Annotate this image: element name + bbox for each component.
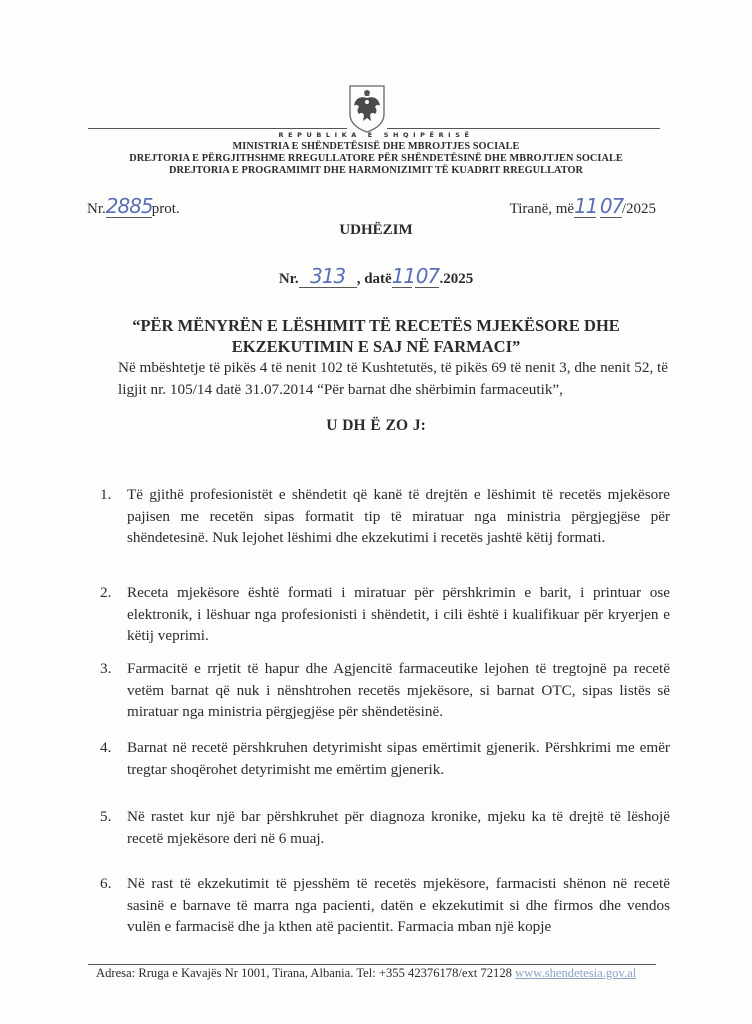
date-year: /2025 — [622, 201, 656, 217]
list-item-number: 2. — [100, 582, 122, 604]
list-item-number: 6. — [100, 873, 122, 895]
list-item-text: Në rast të ekzekutimit të pjesshëm të re… — [127, 873, 670, 938]
document-title-line2: EKZEKUTIMIN E SAJ NË FARMACI” — [0, 337, 752, 357]
list-item: 4. Barnat në recetë përshkruhen detyrimi… — [100, 737, 670, 780]
directorate-general-name: DREJTORIA E PËRGJITHSHME RREGULLATORE PË… — [0, 153, 752, 164]
republic-label: REPUBLIKA E SHQIPËRISË — [0, 131, 752, 139]
legal-basis-paragraph: Në mbështetje të pikës 4 të nenit 102 të… — [118, 357, 678, 401]
instruction-number: Nr.313, datë11 07.2025 — [0, 269, 752, 288]
document-type: UDHËZIM — [0, 222, 752, 239]
instruction-number-field: 313 — [299, 269, 357, 288]
place-prefix: Tiranë, më — [510, 201, 574, 217]
list-item-number: 1. — [100, 484, 122, 506]
document-title-line1: “PËR MËNYRËN E LËSHIMIT TË RECETËS MJEKË… — [0, 316, 752, 336]
protocol-number: Nr.2885prot. — [87, 199, 180, 218]
instruction-number-prefix: Nr. — [279, 271, 299, 287]
list-item: 5. Në rastet kur një bar përshkruhet për… — [100, 806, 670, 849]
list-item-number: 5. — [100, 806, 122, 828]
list-item-text: Receta mjekësore është formati i miratua… — [127, 582, 670, 647]
footer-website-link[interactable]: www.shendetesia.gov.al — [515, 966, 636, 980]
directorate-name: DREJTORIA E PROGRAMIMIT DHE HARMONIZIMIT… — [0, 165, 752, 176]
instruction-day-field: 11 — [392, 269, 412, 288]
place-date: Tiranë, më11 07/2025 — [510, 199, 656, 218]
list-item-text: Në rastet kur një bar përshkruhet për di… — [127, 806, 670, 849]
list-item: 6. Në rast të ekzekutimit të pjesshëm të… — [100, 873, 670, 938]
footer-address: Adresa: Rruga e Kavajës Nr 1001, Tirana,… — [96, 966, 636, 981]
list-item-text: Barnat në recetë përshkruhen detyrimisht… — [127, 737, 670, 780]
protocol-suffix: prot. — [152, 201, 180, 217]
list-item-number: 4. — [100, 737, 122, 759]
footer-rule — [88, 964, 656, 965]
date-day-handwritten: 11 — [574, 194, 597, 218]
footer-address-text: Adresa: Rruga e Kavajës Nr 1001, Tirana,… — [96, 966, 515, 980]
instruction-date-label: , datë — [357, 271, 392, 287]
instruct-heading: U DH Ë ZO J: — [0, 417, 752, 435]
list-item-number: 3. — [100, 658, 122, 680]
instruction-month-field: 07 — [415, 269, 439, 288]
list-item: 3. Farmacitë e rrjetit të hapur dhe Agje… — [100, 658, 670, 723]
list-item: 1. Të gjithë profesionistët e shëndetit … — [100, 484, 670, 549]
instruction-year: .2025 — [439, 271, 473, 287]
instruction-month-handwritten: 07 — [416, 264, 439, 288]
list-item-text: Të gjithë profesionistët e shëndetit që … — [127, 484, 670, 549]
protocol-prefix: Nr. — [87, 201, 106, 217]
date-day-field: 11 — [574, 199, 596, 218]
instruction-number-handwritten: 313 — [310, 264, 345, 288]
instruction-day-handwritten: 11 — [392, 264, 415, 288]
date-month-handwritten: 07 — [600, 194, 623, 218]
protocol-number-field: 2885 — [106, 199, 152, 218]
albanian-eagle-emblem-icon — [347, 84, 387, 134]
protocol-number-handwritten: 2885 — [106, 194, 153, 218]
date-month-field: 07 — [600, 199, 622, 218]
list-item-text: Farmacitë e rrjetit të hapur dhe Agjenci… — [127, 658, 670, 723]
ministry-name: MINISTRIA E SHËNDETËSISË DHE MBROJTJES S… — [0, 141, 752, 152]
list-item: 2. Receta mjekësore është formati i mira… — [100, 582, 670, 647]
